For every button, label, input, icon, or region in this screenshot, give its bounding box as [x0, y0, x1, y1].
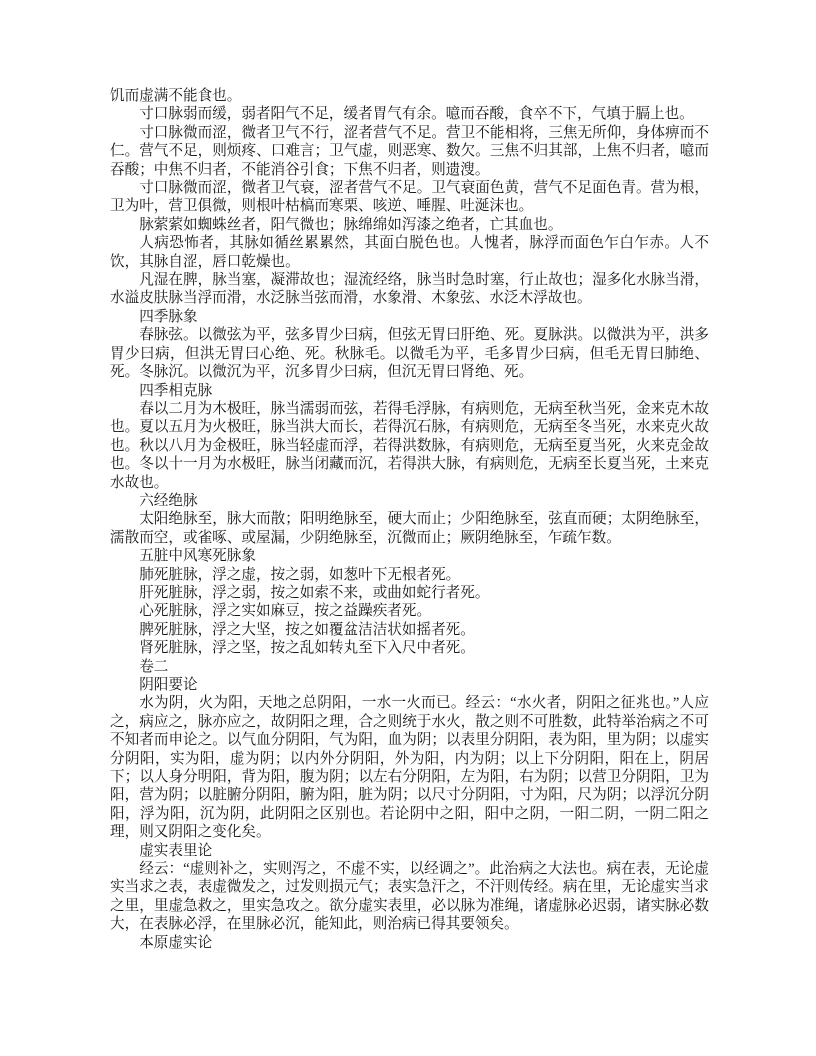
paragraph: 肺死脏脉，浮之虚，按之弱，如葱叶下无根者死。	[110, 566, 709, 584]
section-heading: 阴阳要论	[110, 676, 709, 694]
section-heading: 四季脉象	[110, 308, 709, 326]
section-heading: 虚实表里论	[110, 842, 709, 860]
section-heading: 卷二	[110, 658, 709, 676]
paragraph: 凡湿在脾，脉当塞，凝滞故也；湿流经络，脉当时急时塞，行止故也；湿多化水脉当滑，水…	[110, 271, 709, 308]
paragraph: 寸口脉微而涩，微者卫气衰，涩者营气不足。卫气衰面色黄，营气不足面色青。营为根，卫…	[110, 179, 709, 216]
section-heading: 四季相克脉	[110, 382, 709, 400]
section-heading: 六经绝脉	[110, 492, 709, 510]
paragraph: 心死脏脉，浮之实如麻豆，按之益躁疾者死。	[110, 602, 709, 620]
section-heading: 本原虚实论	[110, 934, 709, 952]
document-page: 饥而虚满不能食也。寸口脉弱而缓，弱者阳气不足，缓者胃气有余。噫而吞酸，食卒不下，…	[0, 0, 816, 1056]
paragraph: 脾死脏脉，浮之大坚，按之如覆盆洁洁状如摇者死。	[110, 621, 709, 639]
paragraph: 肾死脏脉，浮之坚，按之乱如转丸至下入尺中者死。	[110, 639, 709, 657]
paragraph: 寸口脉弱而缓，弱者阳气不足，缓者胃气有余。噫而吞酸，食卒不下，气填于膈上也。	[110, 105, 709, 123]
paragraph: 肝死脏脉，浮之弱，按之如索不来，或曲如蛇行者死。	[110, 584, 709, 602]
paragraph: 人病恐怖者，其脉如循丝累累然，其面白脱色也。人愧者，脉浮而面色乍白乍赤。人不饮，…	[110, 234, 709, 271]
continuation-line: 饥而虚满不能食也。	[110, 87, 709, 105]
paragraph: 水为阴，火为阳，天地之总阴阳，一水一火而已。经云：“水火者，阴阳之征兆也。”人应…	[110, 694, 709, 841]
paragraph: 寸口脉微而涩，微者卫气不行，涩者营气不足。营卫不能相将，三焦无所仰，身体痹而不仁…	[110, 124, 709, 179]
paragraph: 春以二月为木极旺，脉当濡弱而弦，若得毛浮脉，有病则危，无病至秋当死，金来克木故也…	[110, 400, 709, 492]
paragraph: 经云：“虚则补之，实则泻之，不虚不实，以经调之”。此治病之大法也。病在表，无论虚…	[110, 860, 709, 934]
paragraph: 太阳绝脉至，脉大而散；阳明绝脉至，硬大而止；少阳绝脉至，弦直而硬；太阴绝脉至，濡…	[110, 510, 709, 547]
paragraph: 脉萦萦如蜘蛛丝者，阳气微也；脉绵绵如泻漆之绝者，亡其血也。	[110, 216, 709, 234]
text-block: 饥而虚满不能食也。寸口脉弱而缓，弱者阳气不足，缓者胃气有余。噫而吞酸，食卒不下，…	[110, 87, 709, 952]
section-heading: 五脏中风寒死脉象	[110, 547, 709, 565]
paragraph: 春脉弦。以微弦为平，弦多胃少曰病，但弦无胃曰肝绝、死。夏脉洪。以微洪为平，洪多胃…	[110, 326, 709, 381]
